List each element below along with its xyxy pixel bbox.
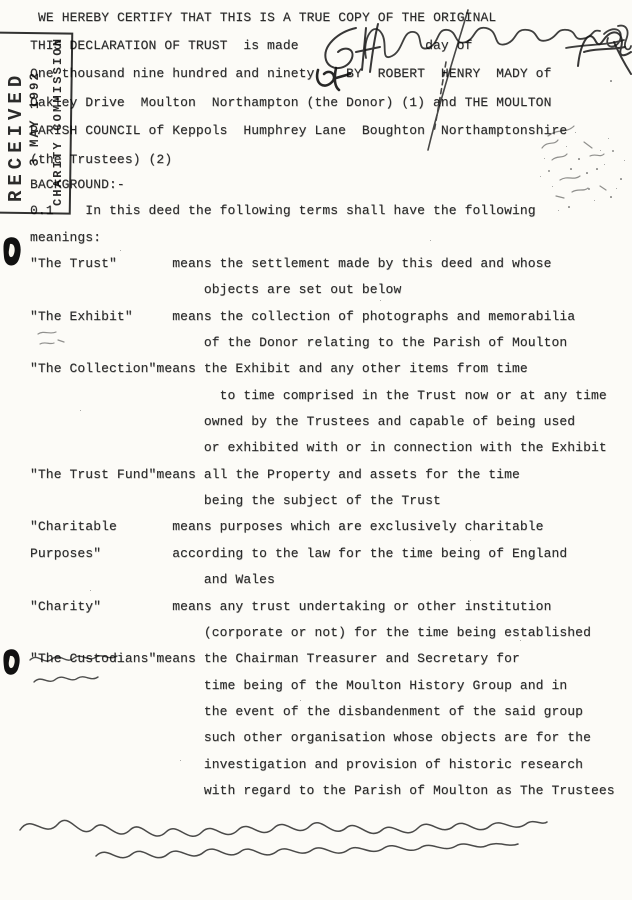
noise-dot xyxy=(560,420,561,421)
opening-paragraph: THIS DECLARATION OF TRUST is made day of… xyxy=(30,32,567,174)
noise-dot xyxy=(300,700,301,701)
noise-dot xyxy=(578,158,580,160)
typed-line: and Wales xyxy=(30,567,615,593)
typed-line: meanings: xyxy=(30,225,615,251)
noise-dot xyxy=(470,540,471,541)
noise-dot xyxy=(575,132,576,133)
typed-line: BACKGROUND:- xyxy=(30,172,615,198)
typed-line: "The Exhibit" means the collection of ph… xyxy=(30,304,615,330)
certification-line: WE HEREBY CERTIFY THAT THIS IS A TRUE CO… xyxy=(38,8,496,28)
noise-dot xyxy=(616,188,617,189)
typed-line: with regard to the Parish of Moulton as … xyxy=(30,778,615,804)
noise-dot xyxy=(544,158,545,159)
noise-dot xyxy=(624,160,625,161)
typed-line: (the Trustees) (2) xyxy=(30,146,567,174)
noise-dot xyxy=(610,80,612,82)
typed-line: Purposes" according to the law for the t… xyxy=(30,541,615,567)
noise-dot xyxy=(520,640,521,641)
noise-dot xyxy=(566,146,567,147)
typed-line: or exhibited with or in connection with … xyxy=(30,435,615,461)
definitions-section: BACKGROUND:-0.1 In this deed the followi… xyxy=(30,172,615,804)
noise-dot xyxy=(596,168,598,170)
typed-line: to time comprised in the Trust now or at… xyxy=(30,383,615,409)
noise-dot xyxy=(80,410,81,411)
noise-dot xyxy=(600,150,601,151)
noise-dot xyxy=(552,186,553,187)
noise-dot xyxy=(608,138,609,139)
typed-line: "Charitable means purposes which are exc… xyxy=(30,514,615,540)
typed-line: the event of the disbandenment of the sa… xyxy=(30,699,615,725)
noise-dot xyxy=(430,240,431,241)
noise-dot xyxy=(586,172,588,174)
noise-dot xyxy=(604,164,605,165)
noise-dot xyxy=(180,760,181,761)
handwritten-bottom-note xyxy=(20,820,547,857)
margin-ink-blobs xyxy=(3,237,20,674)
noise-dot xyxy=(540,176,541,177)
typed-line: Oakley Drive Moulton Northampton (the Do… xyxy=(30,89,567,117)
typed-line: PARISH COUNCIL of Keppols Humphrey Lane … xyxy=(30,117,567,145)
noise-dot xyxy=(570,168,572,170)
typed-line: being the subject of the Trust xyxy=(30,488,615,514)
typed-line: "Charity" means any trust undertaking or… xyxy=(30,594,615,620)
noise-dot xyxy=(120,250,121,251)
typed-line: time being of the Moulton History Group … xyxy=(30,673,615,699)
noise-dot xyxy=(380,300,381,301)
typed-line: THIS DECLARATION OF TRUST is made day of xyxy=(30,32,567,60)
noise-dot xyxy=(612,150,614,152)
typed-line: "The Trust Fund"means all the Property a… xyxy=(30,462,615,488)
noise-dot xyxy=(620,178,622,180)
typed-line: "The Collection"means the Exhibit and an… xyxy=(30,356,615,382)
typed-line: One thousand nine hundred and ninety BY … xyxy=(30,60,567,88)
noise-dot xyxy=(594,200,595,201)
typed-line: investigation and provision of historic … xyxy=(30,752,615,778)
typed-line: owned by the Trustees and capable of bei… xyxy=(30,409,615,435)
typed-line: 0.1 In this deed the following terms sha… xyxy=(30,198,615,224)
typed-line: (corporate or not) for the time being es… xyxy=(30,620,615,646)
noise-dot xyxy=(610,196,612,198)
noise-dot xyxy=(548,170,550,172)
noise-dot xyxy=(90,590,91,591)
scanned-document-page: WE HEREBY CERTIFY THAT THIS IS A TRUE CO… xyxy=(0,0,632,900)
noise-dot xyxy=(250,470,251,471)
typed-line: of the Donor relating to the Parish of M… xyxy=(30,330,615,356)
typed-line: "The Custodians"means the Chairman Treas… xyxy=(30,646,615,672)
handwritten-month xyxy=(578,32,631,74)
typed-line: such other organisation whose objects ar… xyxy=(30,725,615,751)
stamp-received-text: RECEIVED xyxy=(5,71,27,202)
noise-dot xyxy=(588,188,590,190)
noise-dot xyxy=(558,210,559,211)
typed-line: objects are set out below xyxy=(30,277,615,303)
typed-line: "The Trust" means the settlement made by… xyxy=(30,251,615,277)
noise-dot xyxy=(568,206,570,208)
